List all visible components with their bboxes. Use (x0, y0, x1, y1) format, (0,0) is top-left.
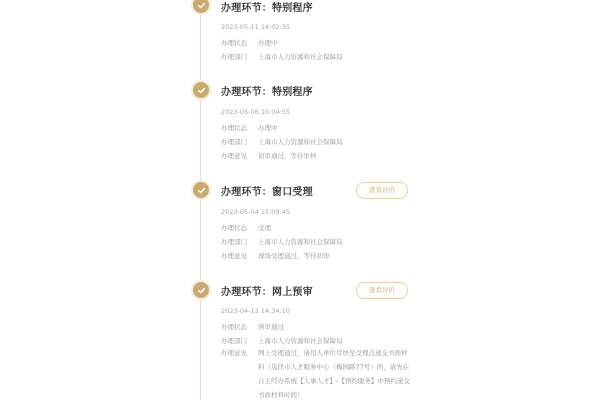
status-label: 办理状态 (221, 123, 258, 132)
step-opinion-row: 办理意见 初审通过，等待审核 (221, 151, 317, 160)
department-label: 办理部门 (221, 137, 258, 146)
step-opinion-row: 办理意见 网上受理通过，请用人单位尽快至受理点递交书面材料（选择市人才服务中心（… (221, 346, 413, 400)
opinion-label: 办理意见 (221, 346, 258, 360)
check-circle-icon (193, 282, 209, 298)
step-title: 办理环节：窗口受理 (221, 183, 313, 198)
step-time: 2023-05-04 15:09:45 (221, 208, 290, 216)
step-time: 2023-05-11 14:02:35 (221, 23, 290, 31)
step-title: 办理环节：网上预审 (221, 283, 313, 298)
department-value: 上海市人力资源和社会保障局 (258, 137, 343, 146)
opinion-label: 办理意见 (221, 151, 258, 160)
department-label: 办理部门 (221, 336, 258, 345)
view-evaluation-button[interactable]: 查看评价 (356, 182, 408, 199)
check-circle-icon (193, 0, 209, 13)
status-value: 预审通过 (258, 322, 284, 331)
step-status-row: 办理状态 预审通过 (221, 322, 284, 331)
opinion-value: 网上受理通过，请用人单位尽快至受理点递交书面材料（选择市人才服务中心（梅园路77… (258, 346, 413, 400)
status-value: 受理 (258, 223, 271, 232)
opinion-value: 现场受理通过，等待初审 (258, 251, 330, 260)
department-label: 办理部门 (221, 52, 258, 61)
step-opinion-row: 办理意见 现场受理通过，等待初审 (221, 251, 330, 260)
department-value: 上海市人力资源和社会保障局 (258, 336, 343, 345)
status-label: 办理状态 (221, 38, 258, 47)
opinion-value: 初审通过，等待审核 (258, 151, 317, 160)
timeline-line (200, 0, 201, 400)
department-label: 办理部门 (221, 237, 258, 246)
view-evaluation-button[interactable]: 查看评价 (356, 282, 408, 299)
progress-timeline-page: 办理环节：特别程序 2023-05-11 14:02:35 办理状态 办理中 办… (0, 0, 600, 400)
step-title: 办理环节：特别程序 (221, 83, 313, 98)
status-value: 办理中 (258, 38, 278, 47)
step-status-row: 办理状态 办理中 (221, 123, 278, 132)
opinion-label: 办理意见 (221, 251, 258, 260)
step-department-row: 办理部门 上海市人力资源和社会保障局 (221, 52, 343, 61)
step-department-row: 办理部门 上海市人力资源和社会保障局 (221, 336, 343, 345)
step-department-row: 办理部门 上海市人力资源和社会保障局 (221, 237, 343, 246)
check-circle-icon (193, 182, 209, 198)
step-status-row: 办理状态 办理中 (221, 38, 278, 47)
department-value: 上海市人力资源和社会保障局 (258, 237, 343, 246)
status-label: 办理状态 (221, 223, 258, 232)
department-value: 上海市人力资源和社会保障局 (258, 52, 343, 61)
step-status-row: 办理状态 受理 (221, 223, 271, 232)
step-time: 2023-05-06 10:04:55 (221, 108, 290, 116)
step-title: 办理环节：特别程序 (221, 0, 313, 14)
status-value: 办理中 (258, 123, 278, 132)
check-circle-icon (193, 82, 209, 98)
status-label: 办理状态 (221, 322, 258, 331)
step-time: 2023-04-13 14:34:10 (221, 307, 290, 315)
step-department-row: 办理部门 上海市人力资源和社会保障局 (221, 137, 343, 146)
